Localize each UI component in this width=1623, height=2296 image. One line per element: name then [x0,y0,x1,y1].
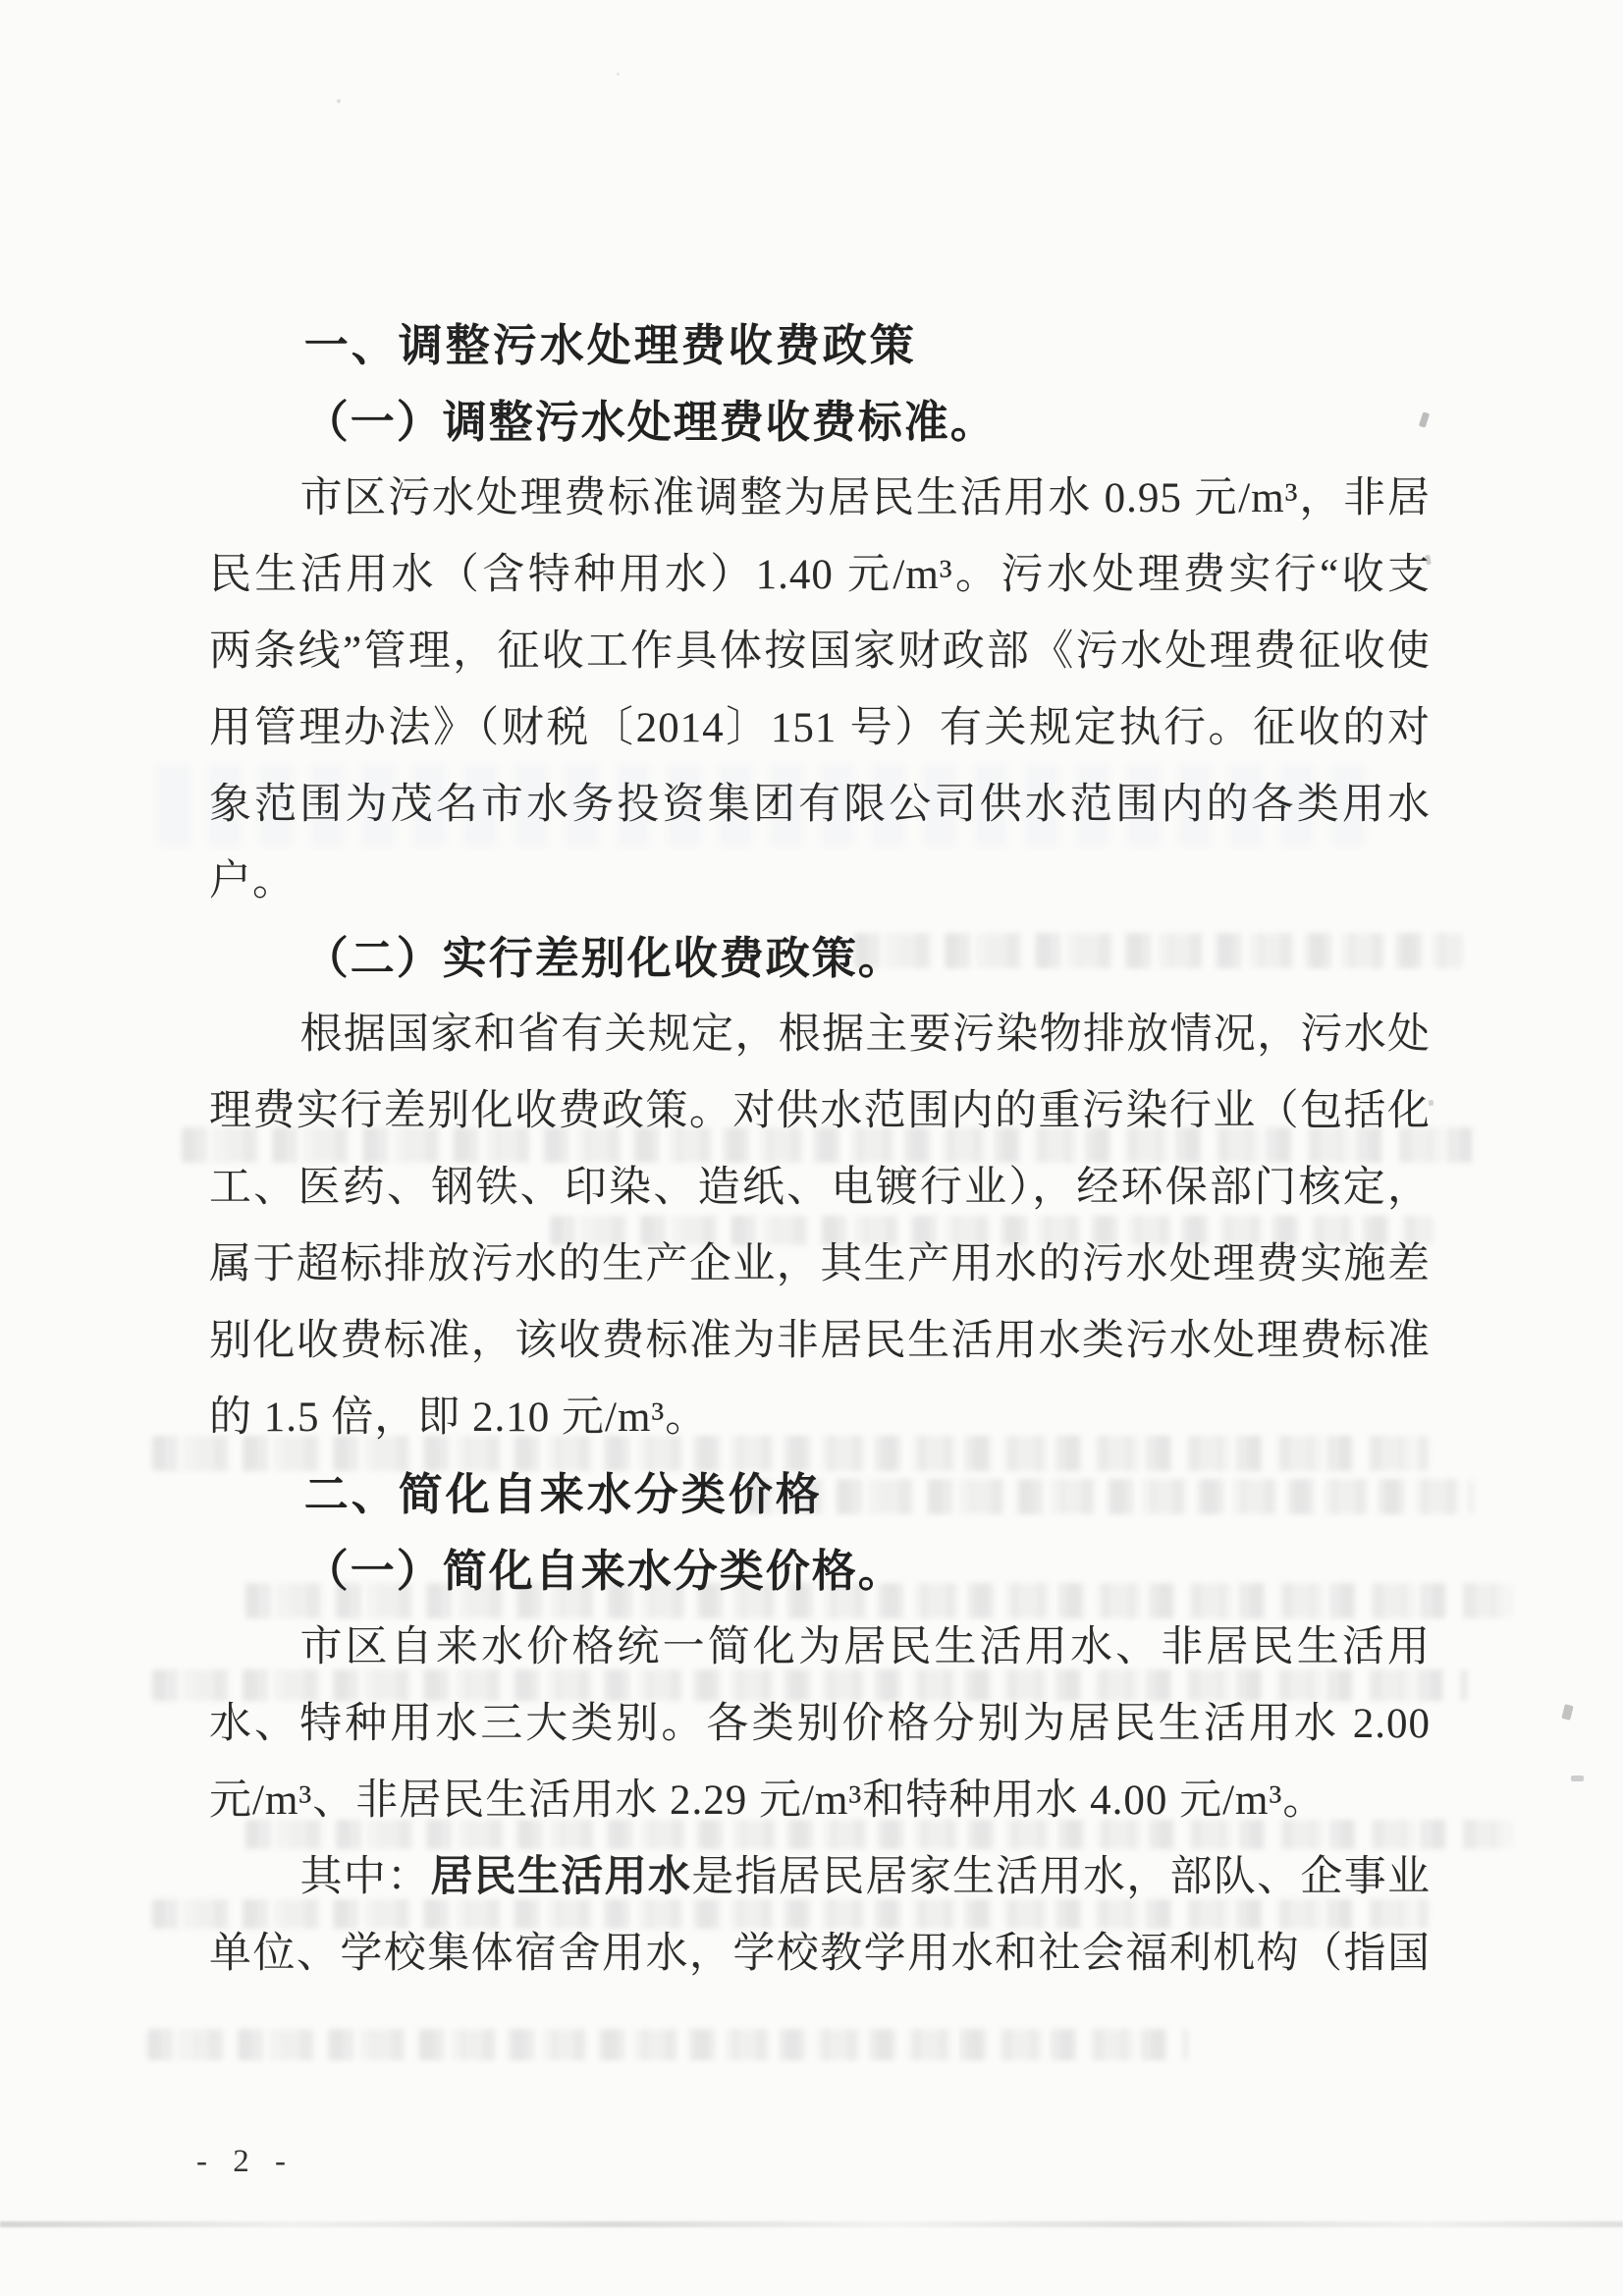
scan-speck [1571,1776,1584,1781]
text-line: 象范围为茂名市水务投资集团有限公司供水范围内的各类用水 [209,767,1431,844]
section-2-heading: 二、简化自来水分类价格 [209,1456,1431,1533]
scan-speck [1429,1100,1434,1106]
section-1-heading: 一、调整污水处理费收费政策 [209,307,1431,384]
page-number: - 2 - [196,2144,295,2180]
text-line: 民生活用水（含特种用水）1.40 元/m³。污水处理费实行“收支 [209,537,1431,614]
text-line: 元/m³、非居民生活用水 2.29 元/m³和特种用水 4.00 元/m³。 [209,1763,1431,1839]
text-segment: 其中： [299,1854,430,1900]
section-2-sub-1-heading: （一）简化自来水分类价格。 [209,1533,1431,1610]
section-1-sub-2-heading: （二）实行差别化收费政策。 [209,920,1431,997]
text-line: 用管理办法》（财税〔2014〕151 号）有关规定执行。征收的对 [209,690,1431,767]
text-line: 市区污水处理费标准调整为居民生活用水 0.95 元/m³，非居 [209,461,1431,537]
text-line: 其中：居民生活用水是指居民居家生活用水，部队、企事业 [209,1839,1431,1916]
text-line: 属于超标排放污水的生产企业，其生产用水的污水处理费实施差 [209,1227,1431,1303]
text-line: 户。 [209,844,1431,920]
bold-term: 居民生活用水 [430,1854,691,1900]
text-line: 水、特种用水三大类别。各类别价格分别为居民生活用水 2.00 [209,1686,1431,1763]
text-line: 工、医药、钢铁、印染、造纸、电镀行业），经环保部门核定， [209,1150,1431,1227]
text-line: 两条线”管理，征收工作具体按国家财政部《污水处理费征收使 [209,614,1431,690]
scan-speck [1561,1704,1573,1721]
section-1-sub-1-heading: （一）调整污水处理费收费标准。 [209,384,1431,461]
text-line: 市区自来水价格统一简化为居民生活用水、非居民生活用 [209,1610,1431,1686]
text-segment: 是指居民居家生活用水，部队、企事业 [691,1854,1431,1900]
scan-speck [337,99,341,103]
text-line: 别化收费标准，该收费标准为非居民生活用水类污水处理费标准 [209,1303,1431,1380]
document-body: 一、调整污水处理费收费政策 （一）调整污水处理费收费标准。 市区污水处理费标准调… [209,307,1431,1993]
text-line: 单位、学校集体宿舍用水，学校教学用水和社会福利机构（指国 [209,1916,1431,1993]
ink-bleed-through [147,2029,1188,2060]
scanned-document-page: 一、调整污水处理费收费政策 （一）调整污水处理费收费标准。 市区污水处理费标准调… [0,0,1623,2296]
scan-edge-shadow [0,2221,1623,2227]
text-line: 根据国家和省有关规定，根据主要污染物排放情况，污水处 [209,997,1431,1073]
text-line: 的 1.5 倍，即 2.10 元/m³。 [209,1380,1431,1456]
scan-speck [617,73,620,76]
text-line: 理费实行差别化收费政策。对供水范围内的重污染行业（包括化 [209,1073,1431,1150]
